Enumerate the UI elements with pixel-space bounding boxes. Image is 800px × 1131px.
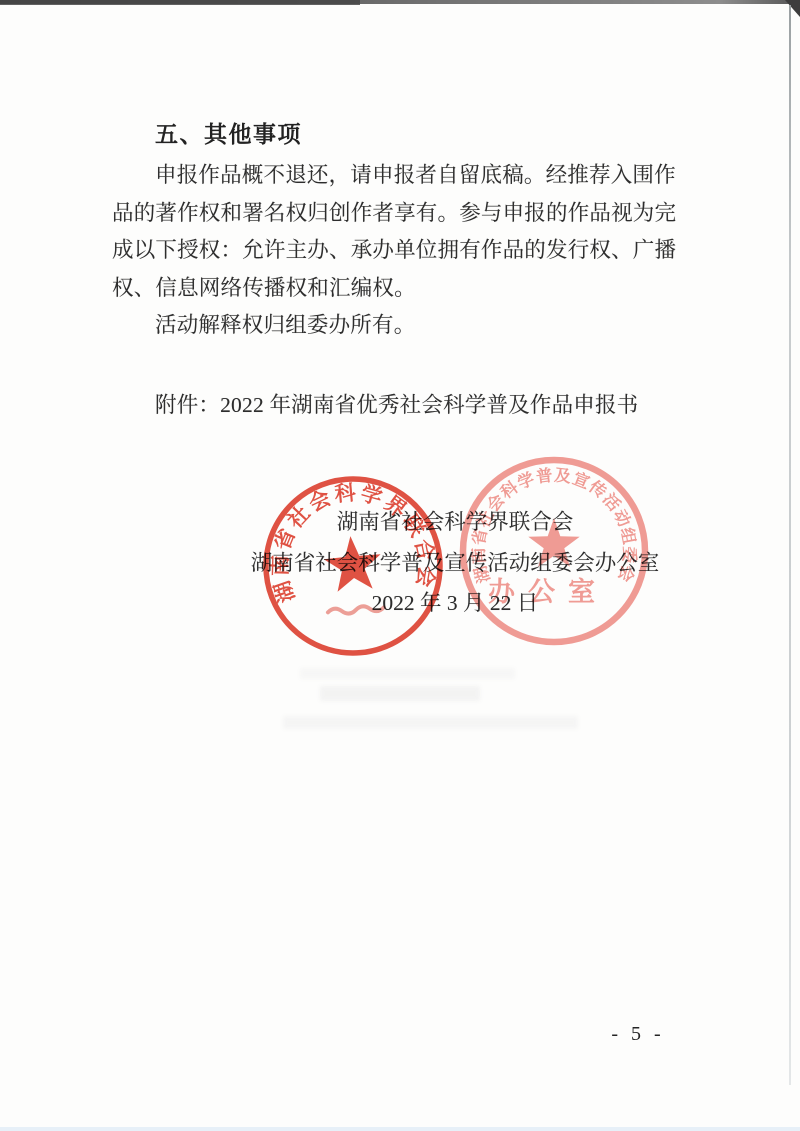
scan-top-edge-dark-segment	[0, 0, 360, 5]
star-icon	[528, 518, 579, 567]
attachment-line: 附件：2022 年湖南省优秀社会科学普及作品申报书	[155, 388, 638, 419]
seal-bottom-mark	[328, 604, 384, 615]
red-seal-right: 湖南省社会科学普及宣传活动组委会 办公室	[454, 451, 654, 651]
red-seal-left: 湖南省社会科学界联合会	[250, 463, 456, 669]
body-line: 申报作品概不退还，请申报者自留底稿。经推荐入围作	[112, 157, 660, 195]
body-paragraphs: 申报作品概不退还，请申报者自留底稿。经推荐入围作 品的著作权和署名权归创作者享有…	[112, 157, 660, 345]
bleed-through-smudge	[320, 686, 480, 701]
star-icon	[322, 534, 384, 593]
body-line: 成以下授权：允许主办、承办单位拥有作品的发行权、广播	[112, 232, 660, 270]
bleed-through-smudge	[283, 716, 578, 729]
body-line: 权、信息网络传播权和汇编权。	[112, 270, 660, 308]
page-number: - 5 -	[598, 1023, 678, 1046]
body-line: 活动解释权归组委办所有。	[112, 307, 660, 345]
scan-right-page-edge	[789, 5, 791, 1085]
scanned-document-page: 五、其他事项 申报作品概不退还，请申报者自留底稿。经推荐入围作 品的著作权和署名…	[0, 0, 800, 1131]
body-line: 品的著作权和署名权归创作者享有。参与申报的作品视为完	[112, 195, 660, 233]
scan-bottom-edge-line	[0, 1127, 800, 1131]
scan-corner-mark	[785, 0, 800, 17]
section-heading: 五、其他事项	[155, 116, 302, 149]
bleed-through-smudge	[300, 668, 515, 679]
seal-center-text: 办公室	[488, 577, 608, 607]
